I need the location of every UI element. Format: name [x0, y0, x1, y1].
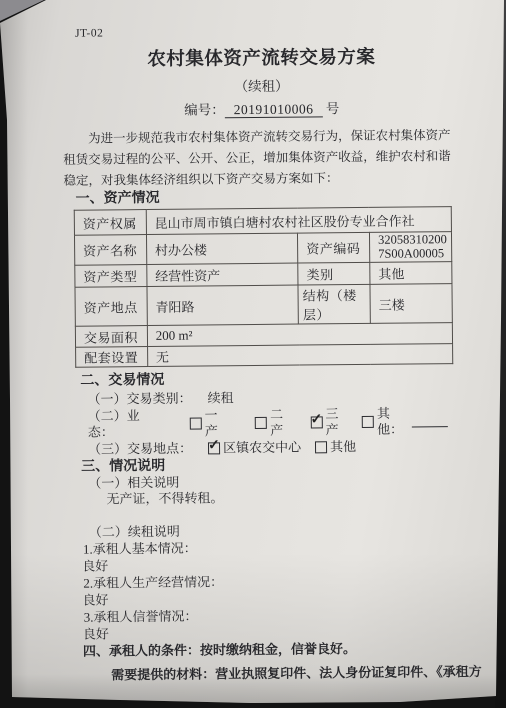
business-type-label: （二）业 态： [88, 408, 183, 441]
photographed-document: JT-02 农村集体资产流转交易方案 （续租） 编号：20191010006 号… [0, 0, 506, 708]
doc-no-suffix: 号 [326, 101, 340, 116]
checkbox-checked-icon [208, 442, 220, 454]
checkbox-label: 其他： [377, 405, 412, 437]
document-subtitle: （续租） [79, 77, 445, 96]
asset-facilities-label: 配套设置 [76, 347, 148, 368]
trade-category-label: （一）交易类别： [87, 391, 191, 408]
checkbox-label: 区镇农交中心 [223, 440, 301, 457]
checkbox-label: 其他 [330, 439, 356, 455]
asset-name-value: 村办公楼 [146, 233, 298, 264]
renewal-item-value: 良好 [83, 622, 450, 643]
table-row-ownership: 资产权属 昆山市周市镇白塘村农村社区股份专业合作社 [74, 207, 451, 236]
checkbox-option-yichan: 一产 [190, 407, 228, 439]
asset-code-label: 资产编码 [298, 232, 370, 263]
conditions-text: 按时缴纳租金，信誉良好。 [200, 641, 356, 657]
checkbox-option-qita: 其他： [362, 405, 448, 438]
trade-category-value: 续租 [207, 390, 233, 406]
asset-structure-value: 三楼 [370, 284, 452, 324]
related-notes-text: 无产证，不得转租。 [106, 488, 448, 507]
doc-no-label: 编号： [184, 102, 225, 117]
checkbox-checked-icon [311, 416, 323, 428]
asset-category-label: 类别 [298, 262, 370, 285]
asset-area-value: 200 m² [147, 323, 452, 347]
document-body: JT-02 农村集体资产流转交易方案 （续租） 编号：20191010006 号… [62, 24, 450, 684]
section-heading-trade: 二、交易情况 [80, 370, 447, 389]
asset-location-label: 资产地点 [75, 287, 147, 327]
asset-location-value: 青阳路 [147, 285, 299, 325]
document-header: 农村集体资产流转交易方案 （续租） 编号：20191010006 号 [62, 45, 445, 120]
asset-ownership-value: 昆山市周市镇白塘村农村社区股份专业合作社 [146, 207, 451, 235]
asset-type-value: 经营性资产 [147, 263, 299, 286]
asset-structure-label: 结构（楼层） [298, 284, 370, 324]
document-number-line: 编号：20191010006 号 [79, 99, 445, 120]
checkbox-option-erchan: 二产 [255, 407, 293, 439]
intro-line: 租赁交易过程的公平、公开、公正，增加集体资产收益，维护农村和谐 [63, 146, 445, 171]
checkbox-option-place-other: 其他 [315, 439, 356, 455]
business-type-row: （二）业 态： 一产 二产 三产 其他： [88, 405, 448, 440]
checkbox-option-center: 区镇农交中心 [208, 440, 301, 457]
asset-ownership-label: 资产权属 [74, 210, 146, 236]
table-row-name: 资产名称 村办公楼 资产编码 32058310200 7S00A00005 [74, 232, 451, 266]
table-row-facilities: 配套设置 无 [76, 344, 453, 368]
section-heading-conditions: 四、承租人的条件：按时缴纳租金，信誉良好。 [83, 640, 450, 660]
section-heading-assets: 一、资产情况 [76, 188, 446, 207]
checkbox-icon [362, 416, 374, 428]
asset-facilities-value: 无 [147, 344, 452, 367]
checkbox-label: 一产 [205, 407, 228, 439]
asset-type-label: 资产类型 [75, 265, 147, 288]
asset-category-value: 其他 [370, 262, 452, 285]
checkbox-icon [315, 441, 327, 453]
checkbox-icon [190, 417, 202, 429]
checkbox-label: 二产 [270, 407, 293, 439]
checkbox-label: 三产 [325, 406, 348, 438]
required-materials-line: 需要提供的材料：营业执照复印件、法人身份证复印件、《承租方 [111, 663, 450, 683]
page-title: 农村集体资产流转交易方案 [78, 45, 444, 73]
asset-area-label: 交易面积 [75, 326, 147, 348]
form-code: JT-02 [75, 24, 444, 41]
asset-name-label: 资产名称 [74, 235, 146, 266]
doc-no-value: 20191010006 [225, 101, 323, 118]
table-row-location: 资产地点 青阳路 结构（楼层） 三楼 [75, 284, 452, 327]
asset-code-value: 32058310200 7S00A00005 [369, 232, 451, 263]
trade-place-label: （三）交易地点： [88, 441, 192, 458]
checkbox-icon [255, 417, 267, 429]
intro-paragraph: 为进一步规范我市农村集体资产流转交易行为，保证农村集体资产 租赁交易过程的公平、… [63, 125, 446, 192]
asset-table: 资产权属 昆山市周市镇白塘村农村社区股份专业合作社 资产名称 村办公楼 资产编码… [74, 206, 453, 368]
checkbox-option-sanchan: 三产 [310, 406, 348, 438]
blank-underline [412, 415, 448, 427]
trade-place-row: （三）交易地点： 区镇农交中心 其他 [88, 438, 448, 457]
